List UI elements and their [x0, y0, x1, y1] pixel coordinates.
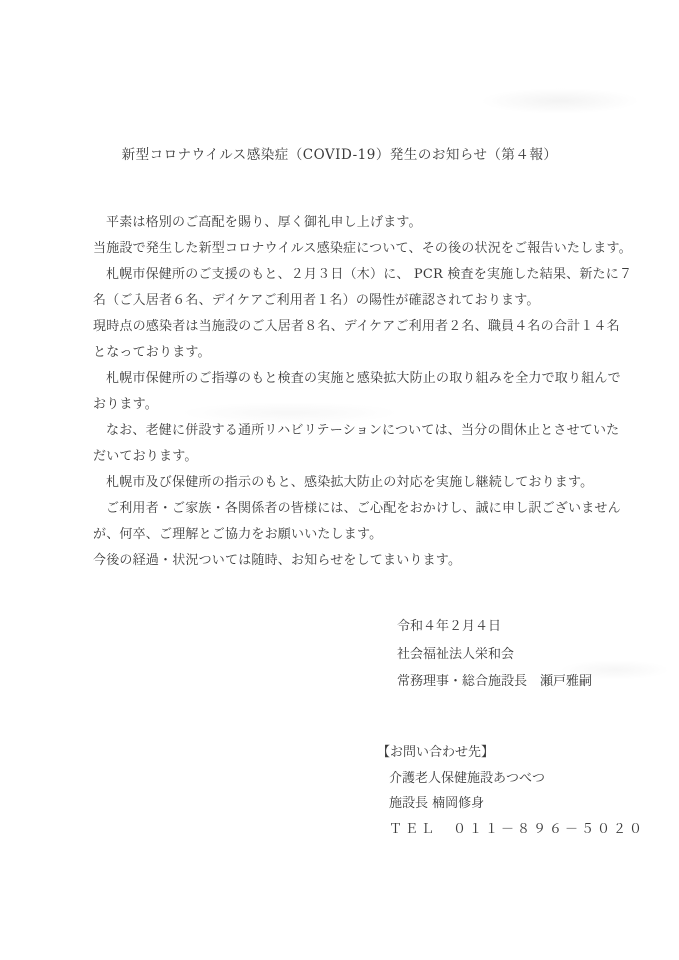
document-page: 新型コロナウイルス感染症（COVID-19）発生のお知らせ（第４報） 平素は格別… [0, 0, 679, 960]
document-body: 平素は格別のご高配を賜り、厚く御礼申し上げます。 当施設で発生した新型コロナウイ… [93, 210, 589, 574]
body-line: となっております。 [93, 340, 589, 366]
body-line: 札幌市保健所のご指導のもと検査の実施と感染拡大防止の取り組みを全力で取り組んで [93, 366, 589, 392]
body-line: 札幌市保健所のご支援のもと、２月３日（木）に、 PCR 検査を実施した結果、新た… [93, 262, 589, 288]
signature-signer: 常務理事・総合施設長 瀬戸雅嗣 [397, 668, 592, 696]
body-line: なお、老健に併設する通所リハビリテーションについては、当分の間休止とさせていた [93, 418, 589, 444]
body-line: が、何卒、ご理解とご協力をお願いいたします。 [93, 522, 589, 548]
signature-block: 令和４年２月４日 社会福祉法人栄和会 常務理事・総合施設長 瀬戸雅嗣 [397, 613, 592, 696]
document-title: 新型コロナウイルス感染症（COVID-19）発生のお知らせ（第４報） [0, 143, 679, 163]
body-line: 平素は格別のご高配を賜り、厚く御礼申し上げます。 [93, 210, 589, 236]
body-line: 現時点の感染者は当施設のご入居者８名、デイケアご利用者２名、職員４名の合計１４名 [93, 314, 589, 340]
contact-block: 【お問い合わせ先】 介護老人保健施設あつべつ 施設長 楠岡修身 ＴＥＬ ０１１－… [377, 740, 645, 842]
body-line: 札幌市及び保健所の指示のもと、感染拡大防止の対応を実施し継続しております。 [93, 470, 589, 496]
body-line: ご利用者・ご家族・各関係者の皆様には、ご心配をおかけし、誠に申し訳ございません [93, 496, 589, 522]
contact-heading: 【お問い合わせ先】 [377, 740, 645, 766]
signature-organization: 社会福祉法人栄和会 [397, 641, 592, 669]
scan-artifact [480, 88, 640, 114]
contact-facility: 介護老人保健施設あつべつ [377, 766, 645, 792]
contact-director: 施設長 楠岡修身 [377, 791, 645, 817]
body-line: 今後の経過・状況ついては随時、お知らせをしてまいります。 [93, 548, 589, 574]
body-line: 名（ご入居者６名、デイケアご利用者１名）の陽性が確認されております。 [93, 288, 589, 314]
body-line: だいております。 [93, 444, 589, 470]
body-line: 当施設で発生した新型コロナウイルス感染症について、その後の状況をご報告いたします… [93, 236, 589, 262]
signature-date: 令和４年２月４日 [397, 613, 592, 641]
contact-tel: ＴＥＬ ０１１－８９６－５０２０ [377, 817, 645, 843]
body-line: おります。 [93, 392, 589, 418]
